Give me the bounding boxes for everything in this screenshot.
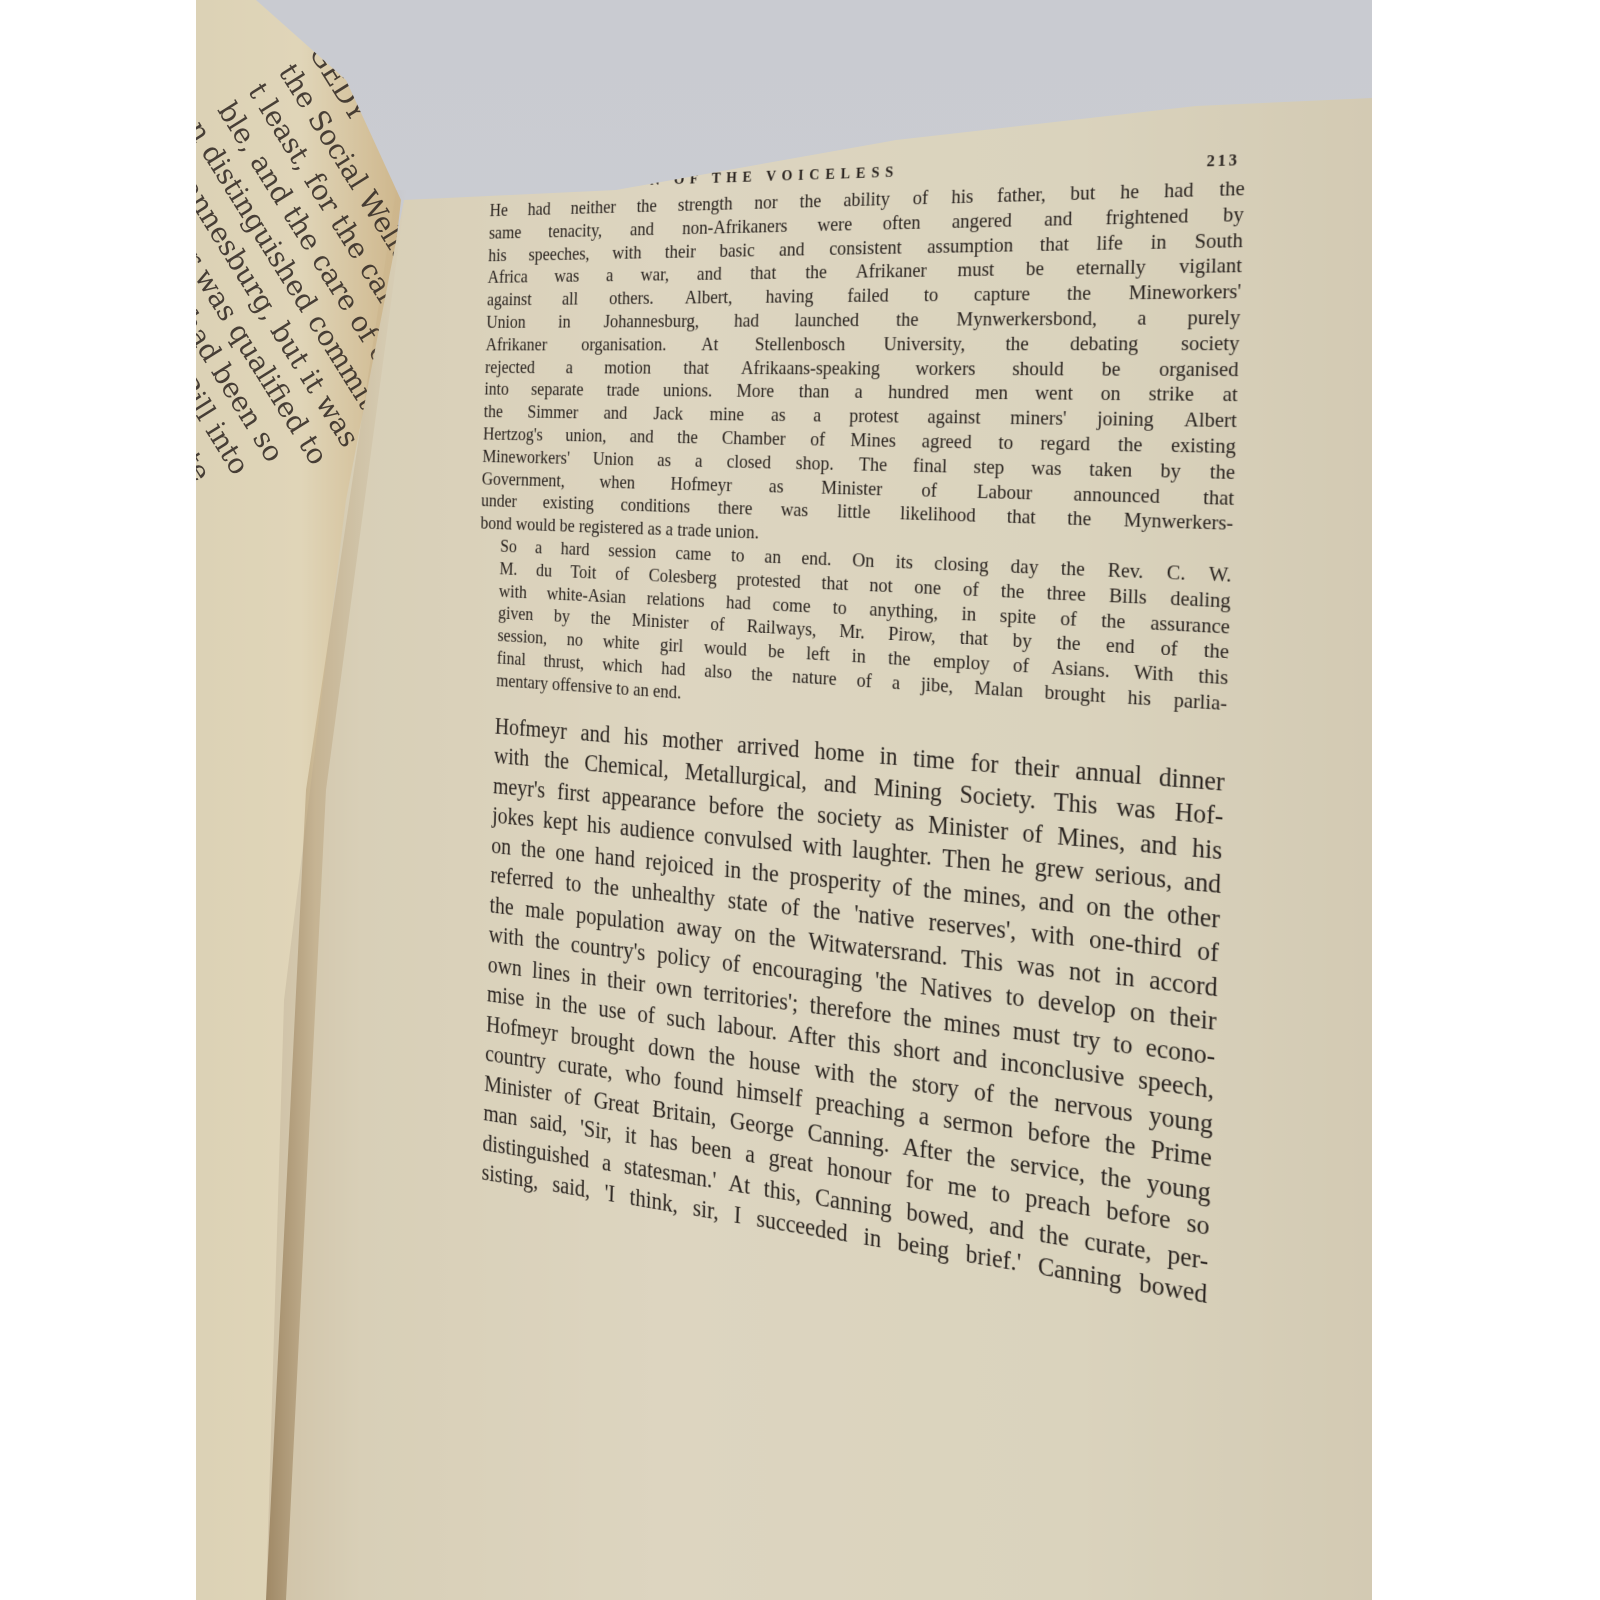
paragraph-3: Hofmeyr and his mother arrived home in t… <box>461 709 1225 1311</box>
text-line: Afrikaner organisation. At Stellenbosch … <box>485 331 1239 357</box>
paragraph-2: So a hard session came to an end. On its… <box>476 534 1232 742</box>
book-photograph: GEDY the Social Welfare Depart- t least,… <box>196 0 1372 1600</box>
paragraph-1: He had neither the strength nor the abil… <box>480 176 1245 563</box>
page-body: CHAMPION OF THE VOICELESS 213 He had nei… <box>461 150 1246 1311</box>
page-number: 213 <box>1206 150 1240 171</box>
